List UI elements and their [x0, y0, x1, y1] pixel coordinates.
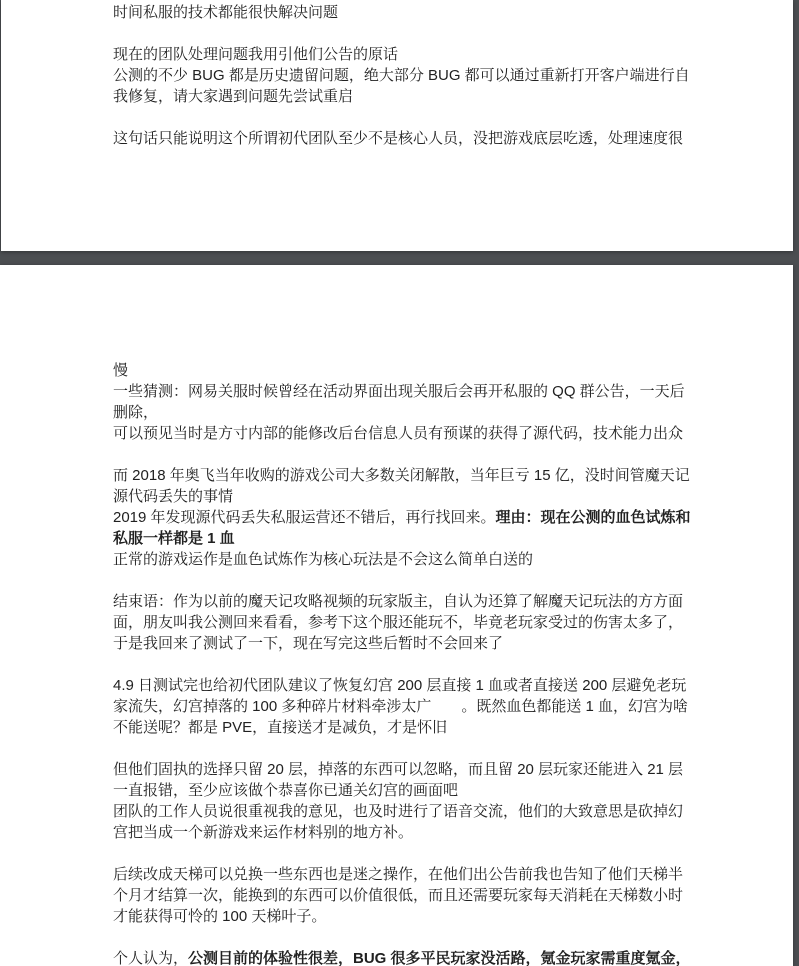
text-line: 这句话只能说明这个所谓初代团队至少不是核心人员，没把游戏底层吃透，处理速度很: [113, 128, 793, 149]
text-line: 删除，: [113, 402, 793, 423]
text-line: [113, 738, 793, 759]
text-line: 一些猜测：网易关服时候曾经在活动界面出现关服后会再开私服的 QQ 群公告，一天后: [113, 381, 793, 402]
text-segment: 正常的游戏运作是血色试炼作为核心玩法是不会这么简单白送的: [113, 551, 533, 568]
text-segment: 而 2018 年奥飞当年收购的游戏公司大多数关闭解散，当年巨亏 15 亿，没时间…: [113, 467, 690, 484]
text-segment: 慢: [113, 362, 128, 379]
text-line: [113, 107, 793, 128]
document-viewer[interactable]: 时间私服的技术都能很快解决问题 现在的团队处理问题我用引他们公告的原话公测的不少…: [0, 0, 799, 966]
bold-text-segment: 公测目前的体验性很差，BUG 很多平民玩家没活路，氪金玩家需重度氪金，: [188, 950, 691, 966]
text-segment: 不能送呢？都是 PVE，直接送才是减负，才是怀旧: [113, 719, 447, 736]
bold-text-segment: 理由：现在公测的血色试炼和: [496, 509, 691, 526]
text-line: [113, 444, 793, 465]
text-line: [113, 654, 793, 675]
bold-text-segment: 私服一样都是 1 血: [113, 530, 235, 547]
text-line: 私服一样都是 1 血: [113, 528, 793, 549]
text-line: [113, 843, 793, 864]
text-line: 时间私服的技术都能很快解决问题: [113, 2, 793, 23]
text-segment: 一直报错，至少应该做个恭喜你已通关幻宫的画面吧: [113, 782, 458, 799]
text-segment: 一些猜测：网易关服时候曾经在活动界面出现关服后会再开私服的 QQ 群公告，一天后: [113, 383, 685, 400]
text-line: 但他们固执的选择只留 20 层，掉落的东西可以忽略，而且留 20 层玩家还能进入…: [113, 759, 793, 780]
text-segment: 个人认为，: [113, 950, 188, 966]
text-segment: 2019 年发现源代码丢失私服运营还不错后，再行找回来。: [113, 509, 496, 526]
text-line: 宫把当成一个新游戏来运作材料别的地方补。: [113, 822, 793, 843]
text-line: 源代码丢失的事情: [113, 486, 793, 507]
text-segment: 后续改成天梯可以兑换一些东西也是迷之操作，在他们出公告前我也告知了他们天梯半: [113, 866, 683, 883]
page-2-text: 慢一些猜测：网易关服时候曾经在活动界面出现关服后会再开私服的 QQ 群公告，一天…: [113, 360, 793, 966]
text-segment: 4.9 日测试完也给初代团队建议了恢复幻宫 200 层直接 1 血或者直接送 2…: [113, 677, 686, 694]
text-segment: 这句话只能说明这个所谓初代团队至少不是核心人员，没把游戏底层吃透，处理速度很: [113, 130, 683, 147]
text-line: 一直报错，至少应该做个恭喜你已通关幻宫的画面吧: [113, 780, 793, 801]
text-line: 正常的游戏运作是血色试炼作为核心玩法是不会这么简单白送的: [113, 549, 793, 570]
text-line: 面，朋友叫我公测回来看看，参考下这个服还能玩不，毕竟老玩家受过的伤害太多了，: [113, 612, 793, 633]
text-segment: 家流失，幻宫掉落的 100 多种碎片材料牵涉太广 。既然血色都能送 1 血，幻宫…: [113, 698, 688, 715]
text-line: 后续改成天梯可以兑换一些东西也是迷之操作，在他们出公告前我也告知了他们天梯半: [113, 864, 793, 885]
text-segment: 面，朋友叫我公测回来看看，参考下这个服还能玩不，毕竟老玩家受过的伤害太多了，: [113, 614, 683, 631]
text-line: 可以预见当时是方寸内部的能修改后台信息人员有预谋的获得了源代码，技术能力出众: [113, 423, 793, 444]
text-segment: 现在的团队处理问题我用引他们公告的原话: [113, 46, 398, 63]
text-segment: 但他们固执的选择只留 20 层，掉落的东西可以忽略，而且留 20 层玩家还能进入…: [113, 761, 683, 778]
text-segment: 删除，: [113, 404, 158, 421]
page-2: 慢一些猜测：网易关服时候曾经在活动界面出现关服后会再开私服的 QQ 群公告，一天…: [0, 265, 793, 966]
text-segment: 个月才结算一次，能换到的东西可以价值很低，而且还需要玩家每天消耗在天梯数小时: [113, 887, 683, 904]
text-line: 不能送呢？都是 PVE，直接送才是减负，才是怀旧: [113, 717, 793, 738]
page-1-text: 时间私服的技术都能很快解决问题 现在的团队处理问题我用引他们公告的原话公测的不少…: [113, 2, 793, 149]
text-segment: 源代码丢失的事情: [113, 488, 233, 505]
text-segment: 结束语：作为以前的魔天记攻略视频的玩家版主，自认为还算了解魔天记玩法的方方面: [113, 593, 683, 610]
text-segment: 时间私服的技术都能很快解决问题: [113, 4, 338, 21]
text-segment: 团队的工作人员说很重视我的意见，也及时进行了语音交流，他们的大致意思是砍掉幻: [113, 803, 683, 820]
text-segment: 于是我回来了测试了一下，现在写完这些后暂时不会回来了: [113, 635, 503, 652]
text-segment: 才能获得可怜的 100 天梯叶子。: [113, 908, 326, 925]
text-line: 结束语：作为以前的魔天记攻略视频的玩家版主，自认为还算了解魔天记玩法的方方面: [113, 591, 793, 612]
text-line: 个月才结算一次，能换到的东西可以价值很低，而且还需要玩家每天消耗在天梯数小时: [113, 885, 793, 906]
text-line: 才能获得可怜的 100 天梯叶子。: [113, 906, 793, 927]
text-line: 我修复，请大家遇到问题先尝试重启: [113, 86, 793, 107]
text-line: 家流失，幻宫掉落的 100 多种碎片材料牵涉太广 。既然血色都能送 1 血，幻宫…: [113, 696, 793, 717]
text-segment: 宫把当成一个新游戏来运作材料别的地方补。: [113, 824, 413, 841]
text-line: [113, 23, 793, 44]
text-segment: 我修复，请大家遇到问题先尝试重启: [113, 88, 353, 105]
text-line: 团队的工作人员说很重视我的意见，也及时进行了语音交流，他们的大致意思是砍掉幻: [113, 801, 793, 822]
text-segment: 公测的不少 BUG 都是历史遗留问题，绝大部分 BUG 都可以通过重新打开客户端…: [113, 67, 690, 84]
text-line: [113, 927, 793, 948]
text-line: 个人认为，公测目前的体验性很差，BUG 很多平民玩家没活路，氪金玩家需重度氪金，: [113, 948, 793, 966]
text-line: 2019 年发现源代码丢失私服运营还不错后，再行找回来。理由：现在公测的血色试炼…: [113, 507, 793, 528]
text-line: 公测的不少 BUG 都是历史遗留问题，绝大部分 BUG 都可以通过重新打开客户端…: [113, 65, 793, 86]
text-line: 而 2018 年奥飞当年收购的游戏公司大多数关闭解散，当年巨亏 15 亿，没时间…: [113, 465, 793, 486]
text-line: 4.9 日测试完也给初代团队建议了恢复幻宫 200 层直接 1 血或者直接送 2…: [113, 675, 793, 696]
text-segment: 可以预见当时是方寸内部的能修改后台信息人员有预谋的获得了源代码，技术能力出众: [113, 425, 683, 442]
page-1: 时间私服的技术都能很快解决问题 现在的团队处理问题我用引他们公告的原话公测的不少…: [1, 0, 793, 251]
text-line: [113, 570, 793, 591]
text-line: 现在的团队处理问题我用引他们公告的原话: [113, 44, 793, 65]
text-line: 于是我回来了测试了一下，现在写完这些后暂时不会回来了: [113, 633, 793, 654]
text-line: 慢: [113, 360, 793, 381]
